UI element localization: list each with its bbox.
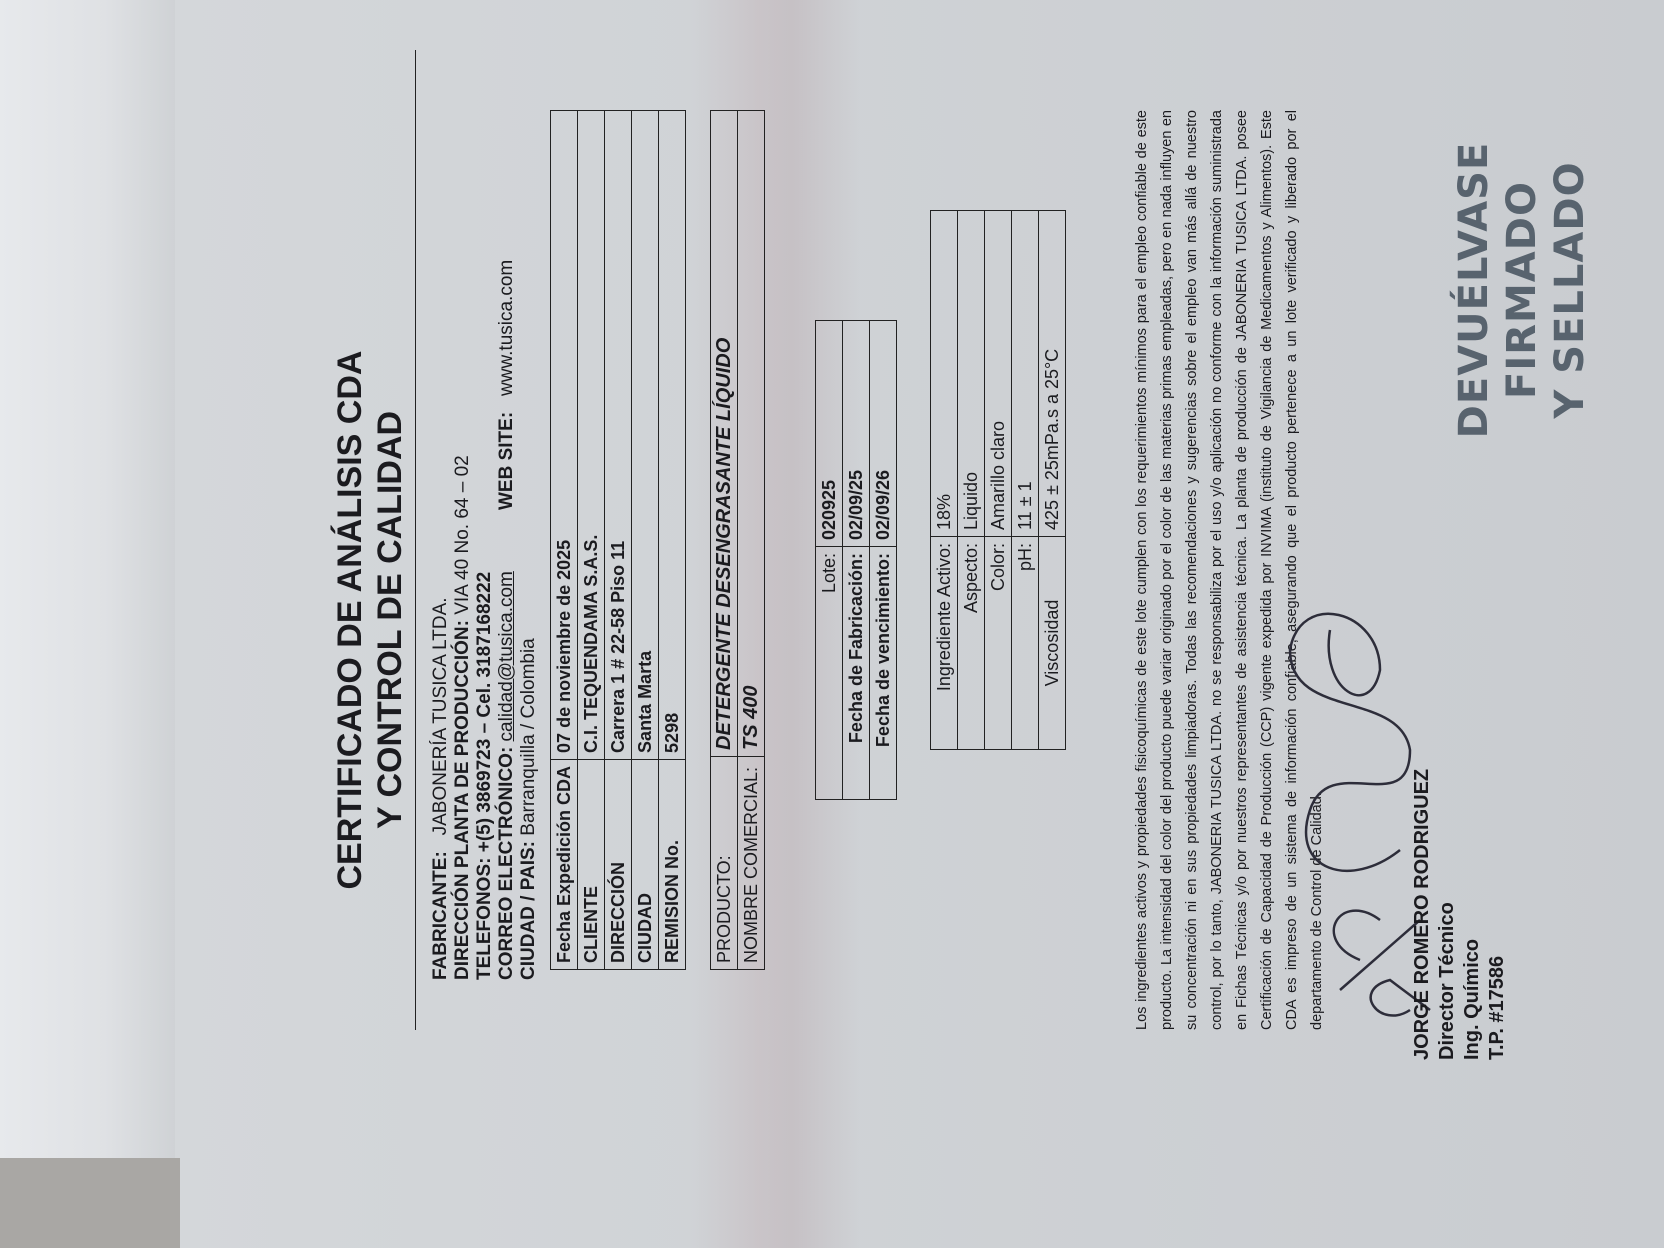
- cell-label: PRODUCTO:: [711, 757, 738, 970]
- cell-value: Liquido: [958, 211, 985, 537]
- spec-table: Ingrediente Activo:18% Aspecto:Liquido C…: [930, 210, 1066, 750]
- certificate-page: CERTIFICADO DE ANÁLISIS CDA Y CONTROL DE…: [250, 30, 1664, 1210]
- table-row: DIRECCIÓNCarrera 1 # 22-58 Piso 11: [605, 111, 632, 970]
- lot-table: Lote:020925 Fecha de Fabricación:02/09/2…: [815, 320, 897, 800]
- cell-label: Lote:: [816, 547, 843, 800]
- company-info: FABRICANTE: JABONERÍA TUSICA LTDA. DIREC…: [430, 455, 540, 980]
- web-value: www.tusica.com: [496, 260, 517, 396]
- signatory-name: JORGE ROMERO RODRIGUEZ: [1410, 769, 1435, 1060]
- cell-label: Viscosidad: [1039, 537, 1066, 750]
- paper-edge: [0, 0, 175, 1248]
- cell-value: Amarillo claro: [985, 211, 1012, 537]
- cell-label: DIRECCIÓN: [605, 759, 632, 969]
- cell-value: 5298: [659, 111, 686, 760]
- email-link[interactable]: calidad@tusica.com: [496, 571, 517, 741]
- table-row: Fecha de vencimiento:02/09/26: [870, 321, 897, 800]
- cell-label: CLIENTE: [578, 759, 605, 969]
- signatory-block: JORGE ROMERO RODRIGUEZ Director Técnico …: [1410, 769, 1510, 1060]
- table-surface: [0, 1158, 180, 1248]
- cell-value: 11 ± 1: [1012, 211, 1039, 537]
- cell-label: CIUDAD: [632, 759, 659, 969]
- cell-label: Fecha de vencimiento:: [870, 547, 897, 800]
- cell-value: Carrera 1 # 22-58 Piso 11: [605, 111, 632, 760]
- cell-label: Aspecto:: [958, 537, 985, 750]
- direccion-value: VIA 40 No. 64 – 02: [452, 455, 473, 615]
- cell-value: TS 400: [738, 111, 765, 757]
- title-divider: [415, 50, 416, 1030]
- table-row: NOMBRE COMERCIAL:TS 400: [738, 111, 765, 970]
- title-line-1: CERTIFICADO DE ANÁLISIS CDA: [330, 30, 370, 1210]
- cell-label: Ingrediente Activo:: [931, 537, 958, 750]
- cell-value: 07 de noviembre de 2025: [551, 111, 578, 760]
- ciudad-label: CIUDAD / PAIS:: [518, 841, 539, 980]
- return-stamp: DEVUÉLVASE FIRMADO Y SELLADO: [1450, 30, 1594, 550]
- handwritten-signature: [1230, 590, 1440, 1050]
- table-row: Ingrediente Activo:18%: [931, 211, 958, 750]
- cell-value: 18%: [931, 211, 958, 537]
- table-row: Fecha de Fabricación:02/09/25: [843, 321, 870, 800]
- cell-value: 02/09/25: [843, 321, 870, 547]
- table-row: Color:Amarillo claro: [985, 211, 1012, 750]
- stamp-line-1: DEVUÉLVASE FIRMADO: [1450, 30, 1546, 550]
- table-row: CIUDADSanta Marta: [632, 111, 659, 970]
- document-title: CERTIFICADO DE ANÁLISIS CDA Y CONTROL DE…: [330, 30, 410, 1210]
- cell-value: DETERGENTE DESENGRASANTE LÍQUIDO: [711, 111, 738, 757]
- cell-label: Color:: [985, 537, 1012, 750]
- signatory-title: Ing. Químico: [1460, 769, 1485, 1060]
- fabricante-label: FABRICANTE:: [430, 851, 451, 980]
- signatory-role: Director Técnico: [1435, 769, 1460, 1060]
- fabricante-value: JABONERÍA TUSICA LTDA.: [430, 597, 451, 835]
- cell-label: NOMBRE COMERCIAL:: [738, 757, 765, 970]
- cell-value: C.I. TEQUENDAMA S.A.S.: [578, 111, 605, 760]
- signatory-license: T.P. #17586: [1485, 769, 1510, 1060]
- table-row: REMISION No.5298: [659, 111, 686, 970]
- table-row: CLIENTEC.I. TEQUENDAMA S.A.S.: [578, 111, 605, 970]
- cell-value: 425 ± 25mPa.s a 25°C: [1039, 211, 1066, 537]
- telefonos-label: TELEFONOS:: [474, 858, 495, 980]
- title-line-2: Y CONTROL DE CALIDAD: [370, 30, 410, 1210]
- table-row: Aspecto:Liquido: [958, 211, 985, 750]
- stamp-line-2: Y SELLADO: [1546, 30, 1594, 550]
- cell-label: Fecha de Fabricación:: [843, 547, 870, 800]
- client-table: Fecha Expedición CDA07 de noviembre de 2…: [550, 110, 686, 970]
- table-row: pH:11 ± 1: [1012, 211, 1039, 750]
- cell-label: Fecha Expedición CDA: [551, 759, 578, 969]
- cell-value: 020925: [816, 321, 843, 547]
- telefonos-value: +(5) 3869723 – Cel. 3187168222: [474, 572, 495, 852]
- direccion-label: DIRECCIÓN PLANTA DE PRODUCCIÓN:: [452, 620, 473, 980]
- cell-label: pH:: [1012, 537, 1039, 750]
- cell-label: REMISION No.: [659, 759, 686, 969]
- ciudad-value: Barranquilla / Colombia: [518, 638, 539, 836]
- web-label: WEB SITE:: [496, 412, 517, 510]
- product-table: PRODUCTO:DETERGENTE DESENGRASANTE LÍQUID…: [710, 110, 765, 970]
- table-row: Viscosidad425 ± 25mPa.s a 25°C: [1039, 211, 1066, 750]
- table-row: Fecha Expedición CDA07 de noviembre de 2…: [551, 111, 578, 970]
- table-row: PRODUCTO:DETERGENTE DESENGRASANTE LÍQUID…: [711, 111, 738, 970]
- correo-label: CORREO ELECTRÓNICO:: [496, 747, 517, 980]
- cell-value: 02/09/26: [870, 321, 897, 547]
- cell-value: Santa Marta: [632, 111, 659, 760]
- table-row: Lote:020925: [816, 321, 843, 800]
